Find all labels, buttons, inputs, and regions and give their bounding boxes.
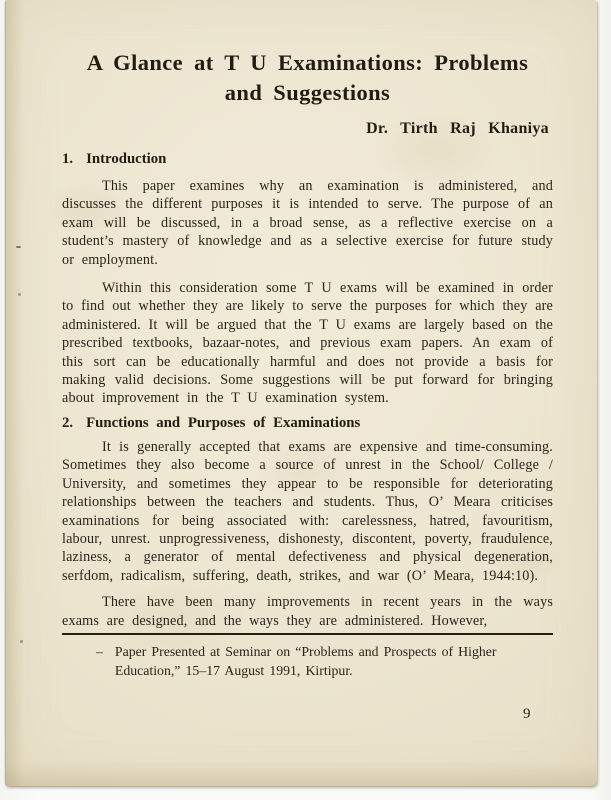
scan-speck [20, 640, 23, 643]
page-content: A Glance at T U Examinations: Problems a… [62, 0, 553, 681]
footnote: – Paper Presented at Seminar on “Problem… [62, 642, 553, 681]
section-label: Functions and Purposes of Examinations [86, 414, 360, 433]
section-label: Introduction [86, 150, 166, 169]
section-number: 1. [62, 150, 73, 169]
paragraph: This paper examines why an examination i… [62, 177, 553, 269]
author-byline: Dr. Tirth Raj Khaniya [62, 120, 553, 138]
paragraph: It is generally accepted that exams are … [62, 438, 553, 585]
footnote-marker: – [96, 642, 103, 681]
page-number: 9 [523, 706, 531, 723]
paper-title: A Glance at T U Examinations: Problems a… [66, 48, 549, 108]
paper-title-line1: A Glance at T U Examinations: Problems [87, 50, 528, 75]
document-page: A Glance at T U Examinations: Problems a… [6, 0, 597, 786]
paragraph: Within this consideration some T U exams… [62, 279, 553, 408]
footnote-text: Paper Presented at Seminar on “Problems … [115, 642, 533, 681]
section-heading-functions: 2. Functions and Purposes of Examination… [62, 414, 553, 433]
section-number: 2. [62, 414, 73, 433]
scan-speck [18, 293, 21, 296]
section-heading-introduction: 1. Introduction [62, 150, 553, 169]
paper-title-line2: and Suggestions [225, 80, 390, 105]
paragraph: There have been many improvements in rec… [62, 593, 553, 630]
footnote-section: – Paper Presented at Seminar on “Problem… [62, 633, 553, 681]
scan-speck [16, 246, 21, 248]
